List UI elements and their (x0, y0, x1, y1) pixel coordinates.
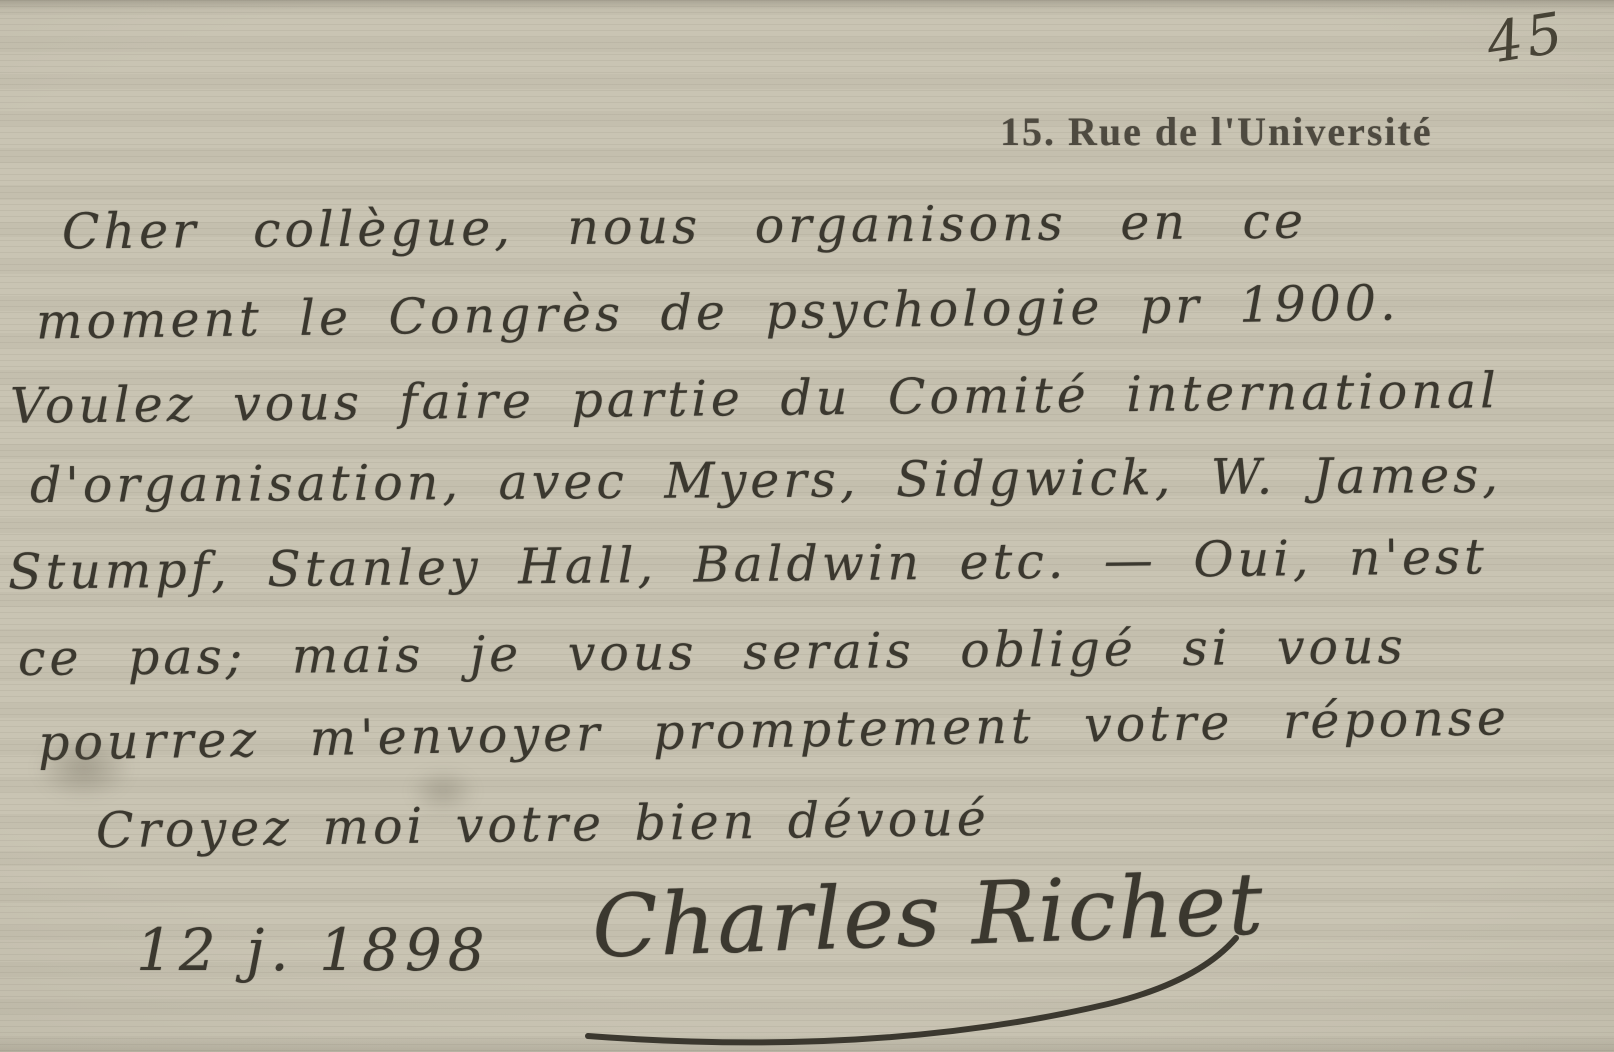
handwriting-line: ce pas; mais je vous serais obligé si vo… (18, 618, 1407, 687)
closing-line: Croyez moi votre bien dévoué (96, 790, 991, 859)
handwriting-line: Voulez vous faire partie du Comité inter… (10, 362, 1500, 435)
document-scan: 45 15. Rue de l'Université Cher collègue… (0, 0, 1614, 1052)
letterhead-address: 15. Rue de l'Université (1000, 108, 1433, 155)
handwriting-line: Stumpf, Stanley Hall, Baldwin etc. — Oui… (8, 528, 1488, 600)
archival-page-number: 45 (1482, 0, 1570, 77)
signature: Charles Richet (590, 854, 1266, 977)
handwriting-line: moment le Congrès de psychologie pr 1900… (36, 274, 1400, 350)
handwriting-line: d'organisation, avec Myers, Sidgwick, W.… (30, 447, 1502, 514)
date-line: 12 j. 1898 (136, 916, 491, 984)
ink-smudge (34, 736, 134, 800)
handwriting-line: pourrez m'envoyer promptement votre répo… (38, 689, 1511, 772)
handwriting-line: Cher collègue, nous organisons en ce (62, 193, 1307, 261)
ink-smudge (408, 768, 478, 814)
